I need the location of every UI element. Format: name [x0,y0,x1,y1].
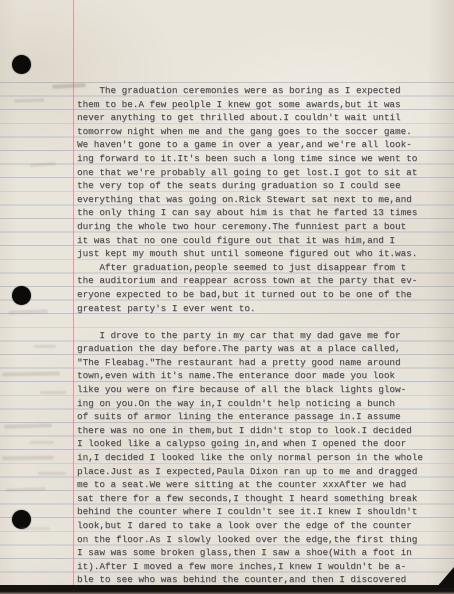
text-line: them to be.A few peolple I knew got some… [77,98,437,112]
text-line: it was that no one could figure out that… [77,234,437,248]
text-line: town,even with it's name.The enterance d… [77,369,437,383]
text-line: there was no one in them,but I didn't st… [77,424,437,438]
hole-punch-top [12,55,31,74]
scanned-notebook-page: The graduation ceremonies were as boring… [0,0,454,594]
typewritten-text: The graduation ceremonies were as boring… [77,84,437,587]
page-corner-fold [436,567,454,588]
text-line [77,315,437,329]
text-line: behind the counter where I couldn't see … [77,505,437,519]
text-line: The graduation ceremonies were as boring… [77,84,437,98]
text-line: We haven't gone to a game in over a year… [77,138,437,152]
text-line: everything that was going on.Rick Stewar… [77,193,437,207]
text-line: I saw was some broken glass,then I saw a… [77,546,437,560]
text-line: me to a seat.We were sitting at the coun… [77,478,437,492]
pencil-smudge [20,527,50,530]
text-line: After graduation,people seemed to just d… [77,261,437,275]
text-line: the very top of the seats during graduat… [77,179,437,193]
text-line: I looked like a calypso going in,and whe… [77,437,437,451]
text-line: one that we're probably all going to get… [77,166,437,180]
text-line: on the floor.As I slowly looked over the… [77,533,437,547]
text-line: ing forward to it.It's been such a long … [77,152,437,166]
hole-punch-middle [12,286,31,305]
text-line: tomorrow night when me and the gang goes… [77,125,437,139]
text-line: ing on you.On the way in,I couldn't help… [77,397,437,411]
text-line: look,but I dared to take a look over the… [77,519,437,533]
text-line: never anything to get thrilled about.I c… [77,111,437,125]
text-line: during the whole two hour ceremony.The f… [77,220,437,234]
text-line: "The Fleabag."The restaurant had a prett… [77,356,437,370]
scan-bottom-edge [0,585,454,594]
text-line: graduation the day before.The party was … [77,342,437,356]
text-line: sat there for a few seconds,I thought I … [77,492,437,506]
text-line: the auditorium and reappear across town … [77,274,437,288]
text-line: of suits of armor lining the enterance p… [77,410,437,424]
pencil-smudge [40,391,66,394]
text-line: in,I decided I looked like the only norm… [77,451,437,465]
margin-rule-line [73,0,74,594]
pencil-smudge [38,472,66,475]
pencil-smudge [34,345,56,348]
text-line: place.Just as I expected,Paula Dixon ran… [77,465,437,479]
pencil-smudge [30,441,54,444]
text-line: like you were on fire because of all the… [77,383,437,397]
text-line: eryone expected to be bad,but it turned … [77,288,437,302]
text-line: the only thing I can say about him is th… [77,206,437,220]
text-line: I drove to the party in my car that my d… [77,329,437,343]
text-line: just kept my mouth shut until someone fi… [77,247,437,261]
text-line: greatest party's I ever went to. [77,302,437,316]
text-line: it).After I moved a few more inches,I kn… [77,560,437,574]
